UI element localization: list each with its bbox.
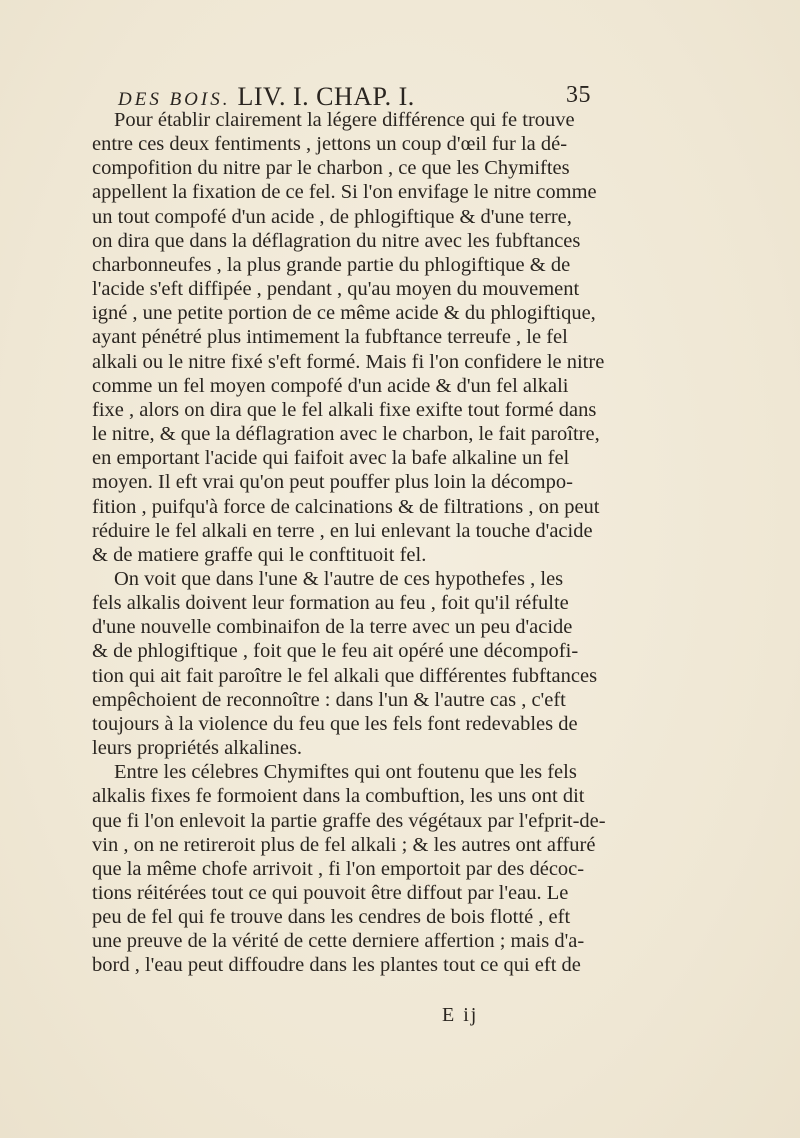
text-line: ayant pénétré plus intimement la fubftan… xyxy=(92,325,562,349)
text-line: & de matiere graffe qui le conftituoit f… xyxy=(92,543,562,567)
text-line: On voit que dans l'une & l'autre de ces … xyxy=(92,567,562,591)
page-number: 35 xyxy=(566,82,591,109)
running-head: DES BOIS. LIV. I. CHAP. I. xyxy=(118,82,415,111)
text-line: fixe , alors on dira que le fel alkali f… xyxy=(92,398,562,422)
text-line: entre ces deux fentiments , jettons un c… xyxy=(92,132,562,156)
text-line: que la même chofe arrivoit , fi l'on emp… xyxy=(92,857,562,881)
text-line: appellent la fixation de ce fel. Si l'on… xyxy=(92,180,562,204)
text-line: charbonneufes , la plus grande partie du… xyxy=(92,253,562,277)
text-line: Pour établir clairement la légere différ… xyxy=(92,108,562,132)
text-line: le nitre, & que la déflagration avec le … xyxy=(92,422,562,446)
signature-mark: E ij xyxy=(442,1004,478,1027)
text-line: peu de fel qui fe trouve dans les cendre… xyxy=(92,905,562,929)
text-line: réduire le fel alkali en terre , en lui … xyxy=(92,519,562,543)
text-line: & de phlogiftique , foit que le feu ait … xyxy=(92,639,562,663)
paragraph-1: Pour établir clairement la légere différ… xyxy=(92,108,562,567)
text-line: alkali ou le nitre fixé s'eft formé. Mai… xyxy=(92,350,562,374)
text-line: vin , on ne retireroit plus de fel alkal… xyxy=(92,833,562,857)
text-line: compofition du nitre par le charbon , ce… xyxy=(92,156,562,180)
text-line: leurs propriétés alkalines. xyxy=(92,736,562,760)
text-line: moyen. Il eft vrai qu'on peut pouffer pl… xyxy=(92,470,562,494)
text-line: que fi l'on enlevoit la partie graffe de… xyxy=(92,809,562,833)
text-line: l'acide s'eft diffipée , pendant , qu'au… xyxy=(92,277,562,301)
text-line: tions réitérées tout ce qui pouvoit être… xyxy=(92,881,562,905)
paragraph-3: Entre les célebres Chymiftes qui ont fou… xyxy=(92,760,562,977)
text-line: en emportant l'acide qui faifoit avec la… xyxy=(92,446,562,470)
text-line: un tout compofé d'un acide , de phlogift… xyxy=(92,205,562,229)
text-line: fels alkalis doivent leur formation au f… xyxy=(92,591,562,615)
running-head-title: DES BOIS. xyxy=(118,89,230,110)
paragraph-2: On voit que dans l'une & l'autre de ces … xyxy=(92,567,562,760)
running-head-chapter: LIV. I. CHAP. I. xyxy=(237,82,414,111)
text-line: igné , une petite portion de ce même aci… xyxy=(92,301,562,325)
text-line: une preuve de la vérité de cette dernier… xyxy=(92,929,562,953)
book-page: DES BOIS. LIV. I. CHAP. I. 35 Pour établ… xyxy=(0,0,800,1138)
text-line: Entre les célebres Chymiftes qui ont fou… xyxy=(92,760,562,784)
text-line: comme un fel moyen compofé d'un acide & … xyxy=(92,374,562,398)
text-line: toujours à la violence du feu que les fe… xyxy=(92,712,562,736)
body-text: Pour établir clairement la légere différ… xyxy=(92,108,562,978)
text-line: alkalis fixes fe formoient dans la combu… xyxy=(92,784,562,808)
text-line: tion qui ait fait paroître le fel alkali… xyxy=(92,664,562,688)
text-line: bord , l'eau peut diffoudre dans les pla… xyxy=(92,953,562,977)
text-line: on dira que dans la déflagration du nitr… xyxy=(92,229,562,253)
text-line: empêchoient de reconnoître : dans l'un &… xyxy=(92,688,562,712)
text-line: d'une nouvelle combinaifon de la terre a… xyxy=(92,615,562,639)
text-line: fition , puifqu'à force de calcinations … xyxy=(92,495,562,519)
